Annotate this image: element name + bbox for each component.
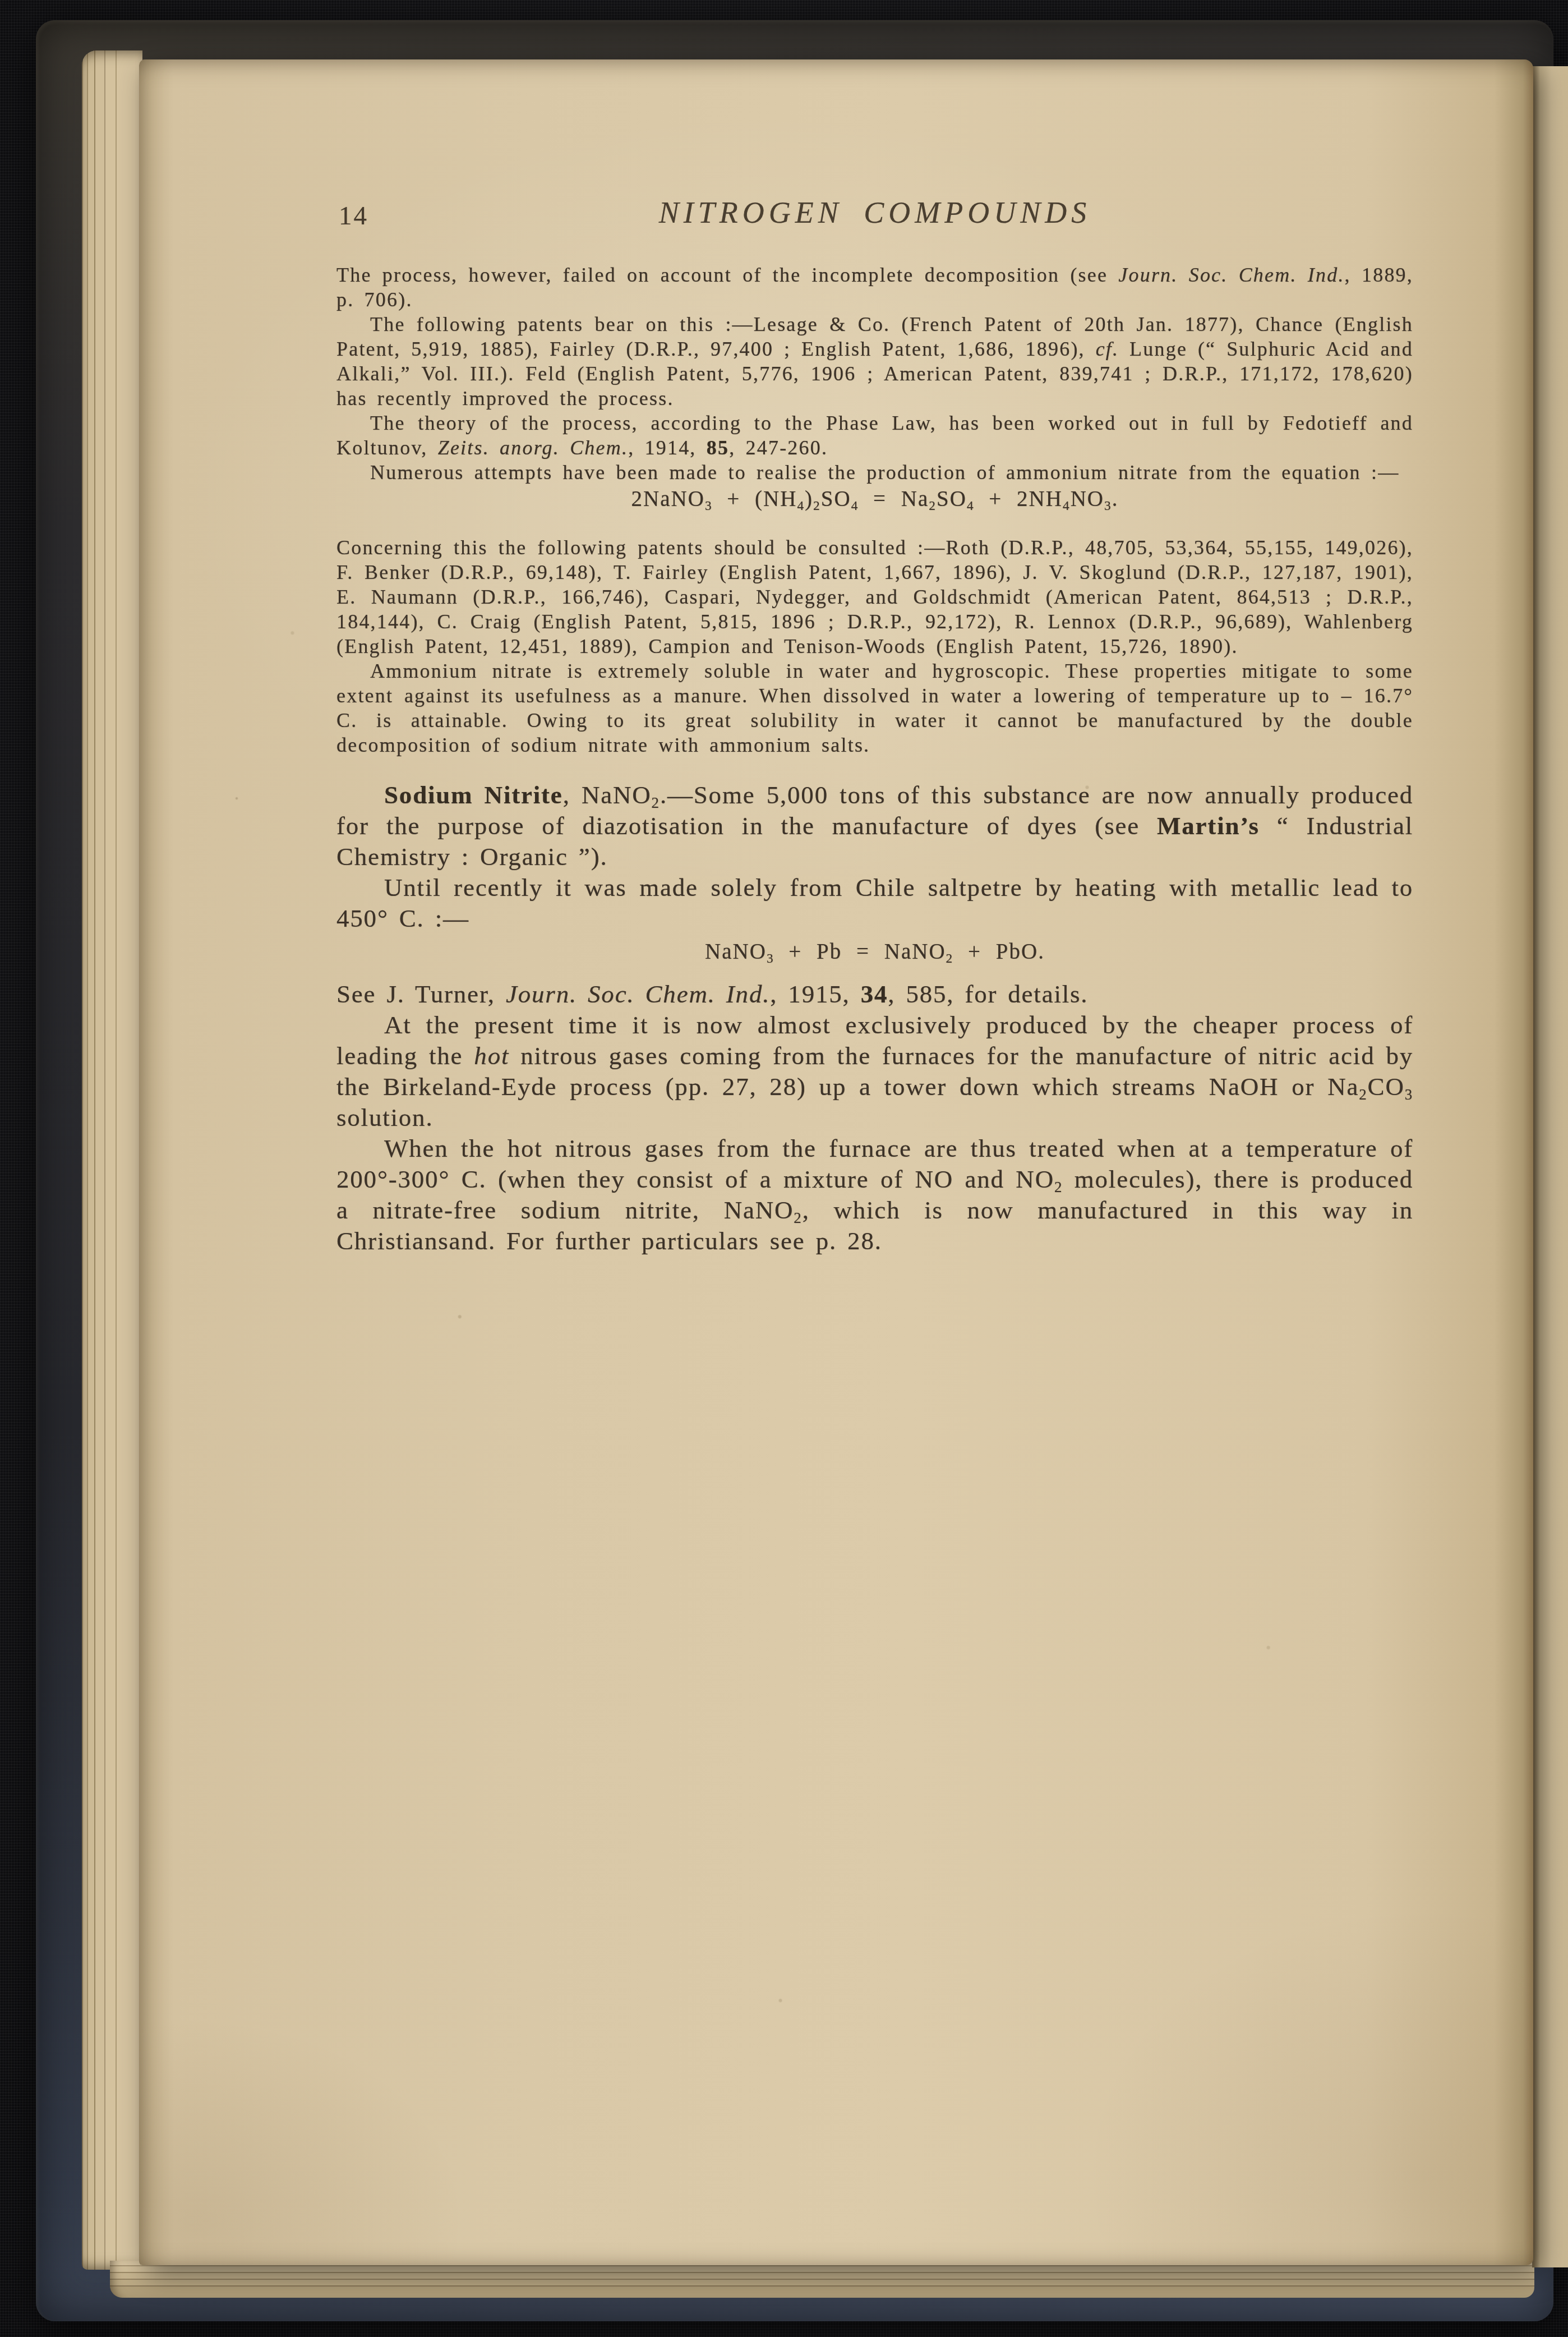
- paragraph: Ammonium nitrate is extremely soluble in…: [336, 659, 1413, 757]
- paragraph: Sodium Nitrite, NaNO2.—Some 5,000 tons o…: [336, 780, 1413, 872]
- paragraph: At the present time it is now almost exc…: [336, 1010, 1413, 1133]
- paragraph: Concerning this the following patents sh…: [336, 535, 1413, 659]
- book-page: 14 NITROGEN COMPOUNDS The process, howev…: [139, 59, 1533, 2265]
- page-edges-left: [82, 50, 142, 2270]
- paragraph: Numerous attempts have been made to real…: [336, 460, 1413, 485]
- paragraph: See J. Turner, Journ. Soc. Chem. Ind., 1…: [336, 979, 1413, 1010]
- paragraph: The process, however, failed on account …: [336, 263, 1413, 312]
- page-edges-bottom: [110, 2261, 1534, 2298]
- running-header-title: NITROGEN COMPOUNDS: [336, 195, 1413, 230]
- paragraph: The following patents bear on this :—Les…: [336, 312, 1413, 411]
- page-text: The process, however, failed on account …: [336, 263, 1413, 1257]
- chemical-equation: 2NaNO3 + (NH4)2SO4 = Na2SO4 + 2NH4NO3.: [336, 486, 1413, 513]
- paragraph: When the hot nitrous gases from the furn…: [336, 1133, 1413, 1257]
- paragraph: Until recently it was made solely from C…: [336, 872, 1413, 934]
- photographed-book-scene: 14 NITROGEN COMPOUNDS The process, howev…: [0, 0, 1568, 2337]
- paragraph: The theory of the process, according to …: [336, 411, 1413, 460]
- chemical-equation: NaNO3 + Pb = NaNO2 + PbO.: [336, 939, 1413, 965]
- page-content: 14 NITROGEN COMPOUNDS The process, howev…: [139, 59, 1533, 2265]
- next-page-edge: [1532, 66, 1568, 2267]
